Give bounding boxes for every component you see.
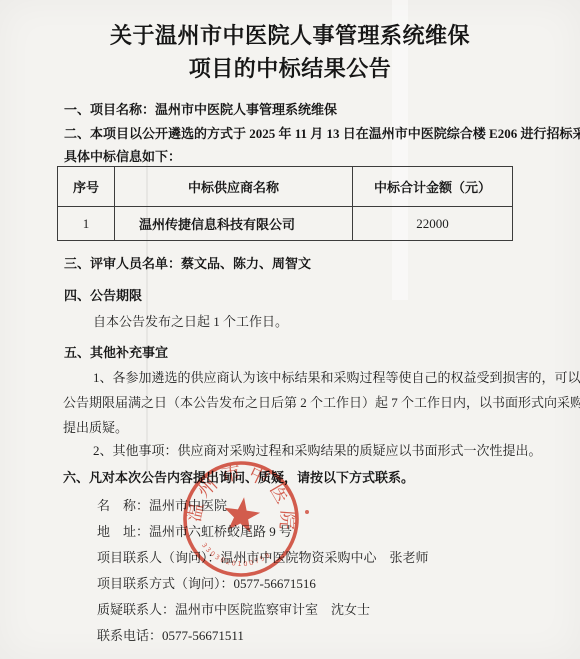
supplementary-item1-line3: 提出质疑。 xyxy=(63,419,128,436)
section-supplementary-heading: 五、其他补充事宜 xyxy=(64,344,168,361)
title-line-1: 关于温州市中医院人事管理系统维保 xyxy=(0,19,580,52)
section-notice-period-heading: 四、公告期限 xyxy=(64,287,142,304)
col-header-amount: 中标合计金额（元） xyxy=(353,167,513,207)
contact-project-phone: 项目联系方式（询问）：0577-56671516 xyxy=(97,571,429,597)
section-notice-period-body: 自本公告发布之日起 1 个工作日。 xyxy=(93,313,288,330)
contact-name: 名 称：温州市中医院 xyxy=(97,493,429,519)
contact-project-person: 项目联系人（询问）：温州市中医院物资采购中心 张老师 xyxy=(97,545,429,571)
supplementary-item1-line1: 1、各参加遴选的供应商认为该中标结果和采购过程等使自己的权益受到损害的，可以自本 xyxy=(93,369,580,386)
cell-amount: 22000 xyxy=(353,207,513,241)
contact-address: 地 址：温州市六虹桥蛟尾路 9 号 xyxy=(97,519,429,545)
contact-challenge-person: 质疑联系人：温州市中医院监察审计室 沈女士 xyxy=(97,597,429,623)
title-line-2: 项目的中标结果公告 xyxy=(0,52,580,85)
col-header-supplier: 中标供应商名称 xyxy=(115,167,353,207)
section-review-panel: 三、评审人员名单：蔡文品、陈力、周智文 xyxy=(64,255,311,272)
section-contact-heading: 六、凡对本次公告内容提出询问、质疑，请按以下方式联系。 xyxy=(63,469,414,486)
bid-result-table: 序号 中标供应商名称 中标合计金额（元） 1 温州传捷信息科技有限公司 2200… xyxy=(57,166,513,241)
table-header-row: 序号 中标供应商名称 中标合计金额（元） xyxy=(58,167,513,207)
scanned-announcement-page: 关于温州市中医院人事管理系统维保 项目的中标结果公告 一、项目名称：温州市中医院… xyxy=(0,0,580,659)
table-row: 1 温州传捷信息科技有限公司 22000 xyxy=(58,207,513,241)
contact-block: 名 称：温州市中医院 地 址：温州市六虹桥蛟尾路 9 号 项目联系人（询问）：温… xyxy=(97,493,429,649)
supplementary-item1-line2: 公告期限届满之日（本公告发布之日后第 2 个工作日）起 7 个工作日内，以书面形… xyxy=(63,394,580,411)
supplementary-item2: 2、其他事项：供应商对采购过程和采购结果的质疑应以书面形式一次性提出。 xyxy=(93,442,542,459)
document-title: 关于温州市中医院人事管理系统维保 项目的中标结果公告 xyxy=(0,19,580,85)
section-procurement-method: 二、本项目以公开遴选的方式于 2025 年 11 月 13 日在温州市中医院综合… xyxy=(64,125,580,142)
cell-supplier: 温州传捷信息科技有限公司 xyxy=(115,207,353,241)
section-project-name: 一、项目名称：温州市中医院人事管理系统维保 xyxy=(64,101,337,118)
contact-phone: 联系电话：0577-56671511 xyxy=(97,623,429,649)
seal-ink-speck xyxy=(305,510,309,514)
section-table-intro: 具体中标信息如下： xyxy=(64,148,181,165)
col-header-serial: 序号 xyxy=(58,167,115,207)
cell-serial: 1 xyxy=(58,207,115,241)
